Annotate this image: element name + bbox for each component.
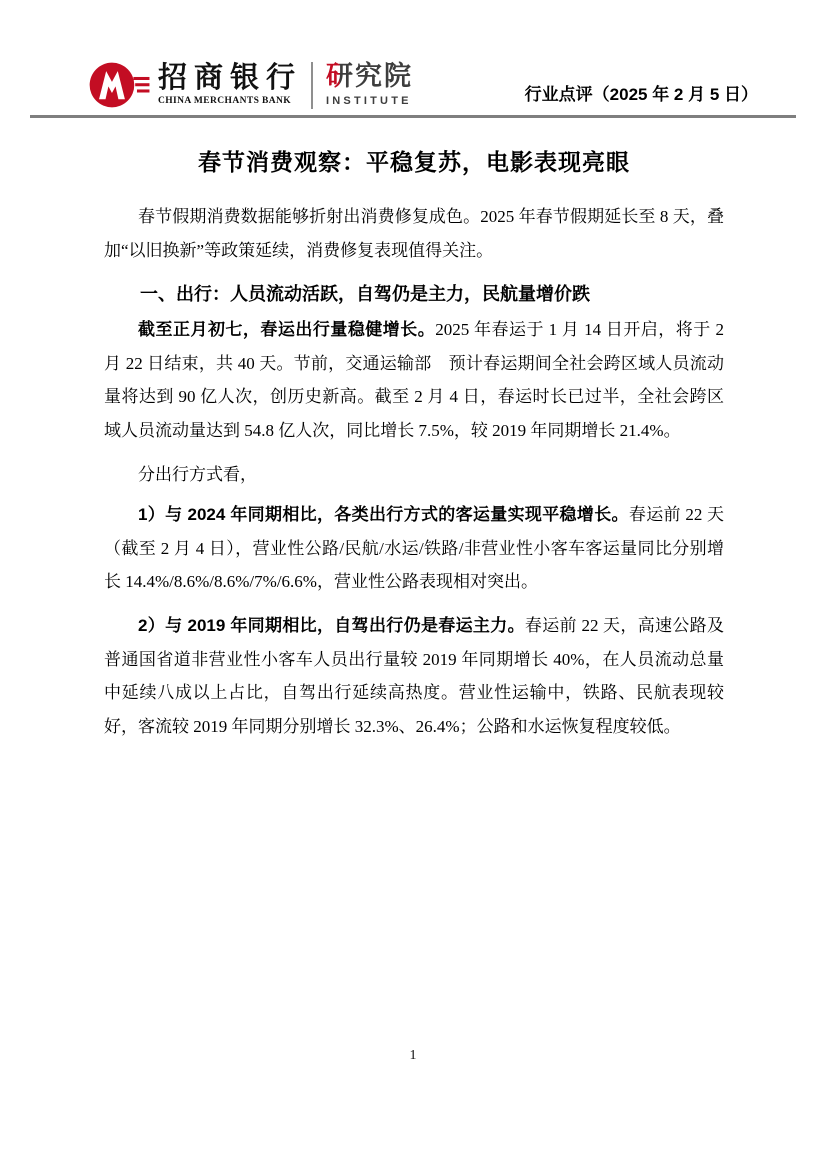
document-body: 春节消费观察：平稳复苏，电影表现亮眼 春节假期消费数据能够折射出消费修复成色。2… xyxy=(104,130,724,753)
cmb-logo-icon xyxy=(88,60,152,110)
paragraph-3-bold-lead: 2）与 2019 年同期相比，自驾出行仍是春运主力。 xyxy=(138,616,525,635)
bank-name-en: CHINA MERCHANTS BANK xyxy=(158,96,302,106)
brand-lockup: 招商银行 CHINA MERCHANTS BANK 研究院 INSTITUTE xyxy=(88,60,413,110)
institute-name-en: INSTITUTE xyxy=(326,95,413,107)
page-footer: 1 xyxy=(0,1048,826,1064)
paragraph-1-bold-lead: 截至正月初七，春运出行量稳健增长。 xyxy=(138,320,435,339)
institute-cn-first-char: 研 xyxy=(326,61,355,91)
section-1-heading: 一、出行：人员流动活跃，自驾仍是主力，民航量增价跌 xyxy=(104,280,724,306)
section-1-paragraph-2: 1）与 2024 年同期相比，各类出行方式的客运量实现平稳增长。春运前 22 天… xyxy=(104,498,724,599)
document-page: 招商银行 CHINA MERCHANTS BANK 研究院 INSTITUTE … xyxy=(0,0,826,1169)
page-header: 招商银行 CHINA MERCHANTS BANK 研究院 INSTITUTE … xyxy=(88,60,758,110)
brand-divider xyxy=(311,62,313,109)
doc-type-date-label: 行业点评（2025 年 2 月 5 日） xyxy=(525,80,758,110)
document-title: 春节消费观察：平稳复苏，电影表现亮眼 xyxy=(104,144,724,177)
paragraph-2-bold-lead: 1）与 2024 年同期相比，各类出行方式的客运量实现平稳增长。 xyxy=(138,505,629,524)
bank-name-block: 招商银行 CHINA MERCHANTS BANK xyxy=(158,64,302,106)
bank-name-cn: 招商银行 xyxy=(158,64,302,93)
section-1-paragraph-1: 截至正月初七，春运出行量稳健增长。2025 年春运于 1 月 14 日开启，将于… xyxy=(104,313,724,447)
institute-name-block: 研究院 INSTITUTE xyxy=(326,63,413,107)
transition-paragraph: 分出行方式看， xyxy=(104,458,724,492)
page-number: 1 xyxy=(410,1048,417,1063)
institute-name-cn: 研究院 xyxy=(326,63,413,90)
header-rule xyxy=(30,115,796,118)
institute-cn-rest: 究院 xyxy=(355,61,413,91)
section-1-paragraph-3: 2）与 2019 年同期相比，自驾出行仍是春运主力。春运前 22 天，高速公路及… xyxy=(104,609,724,743)
intro-paragraph: 春节假期消费数据能够折射出消费修复成色。2025 年春节假期延长至 8 天，叠加… xyxy=(104,200,724,267)
